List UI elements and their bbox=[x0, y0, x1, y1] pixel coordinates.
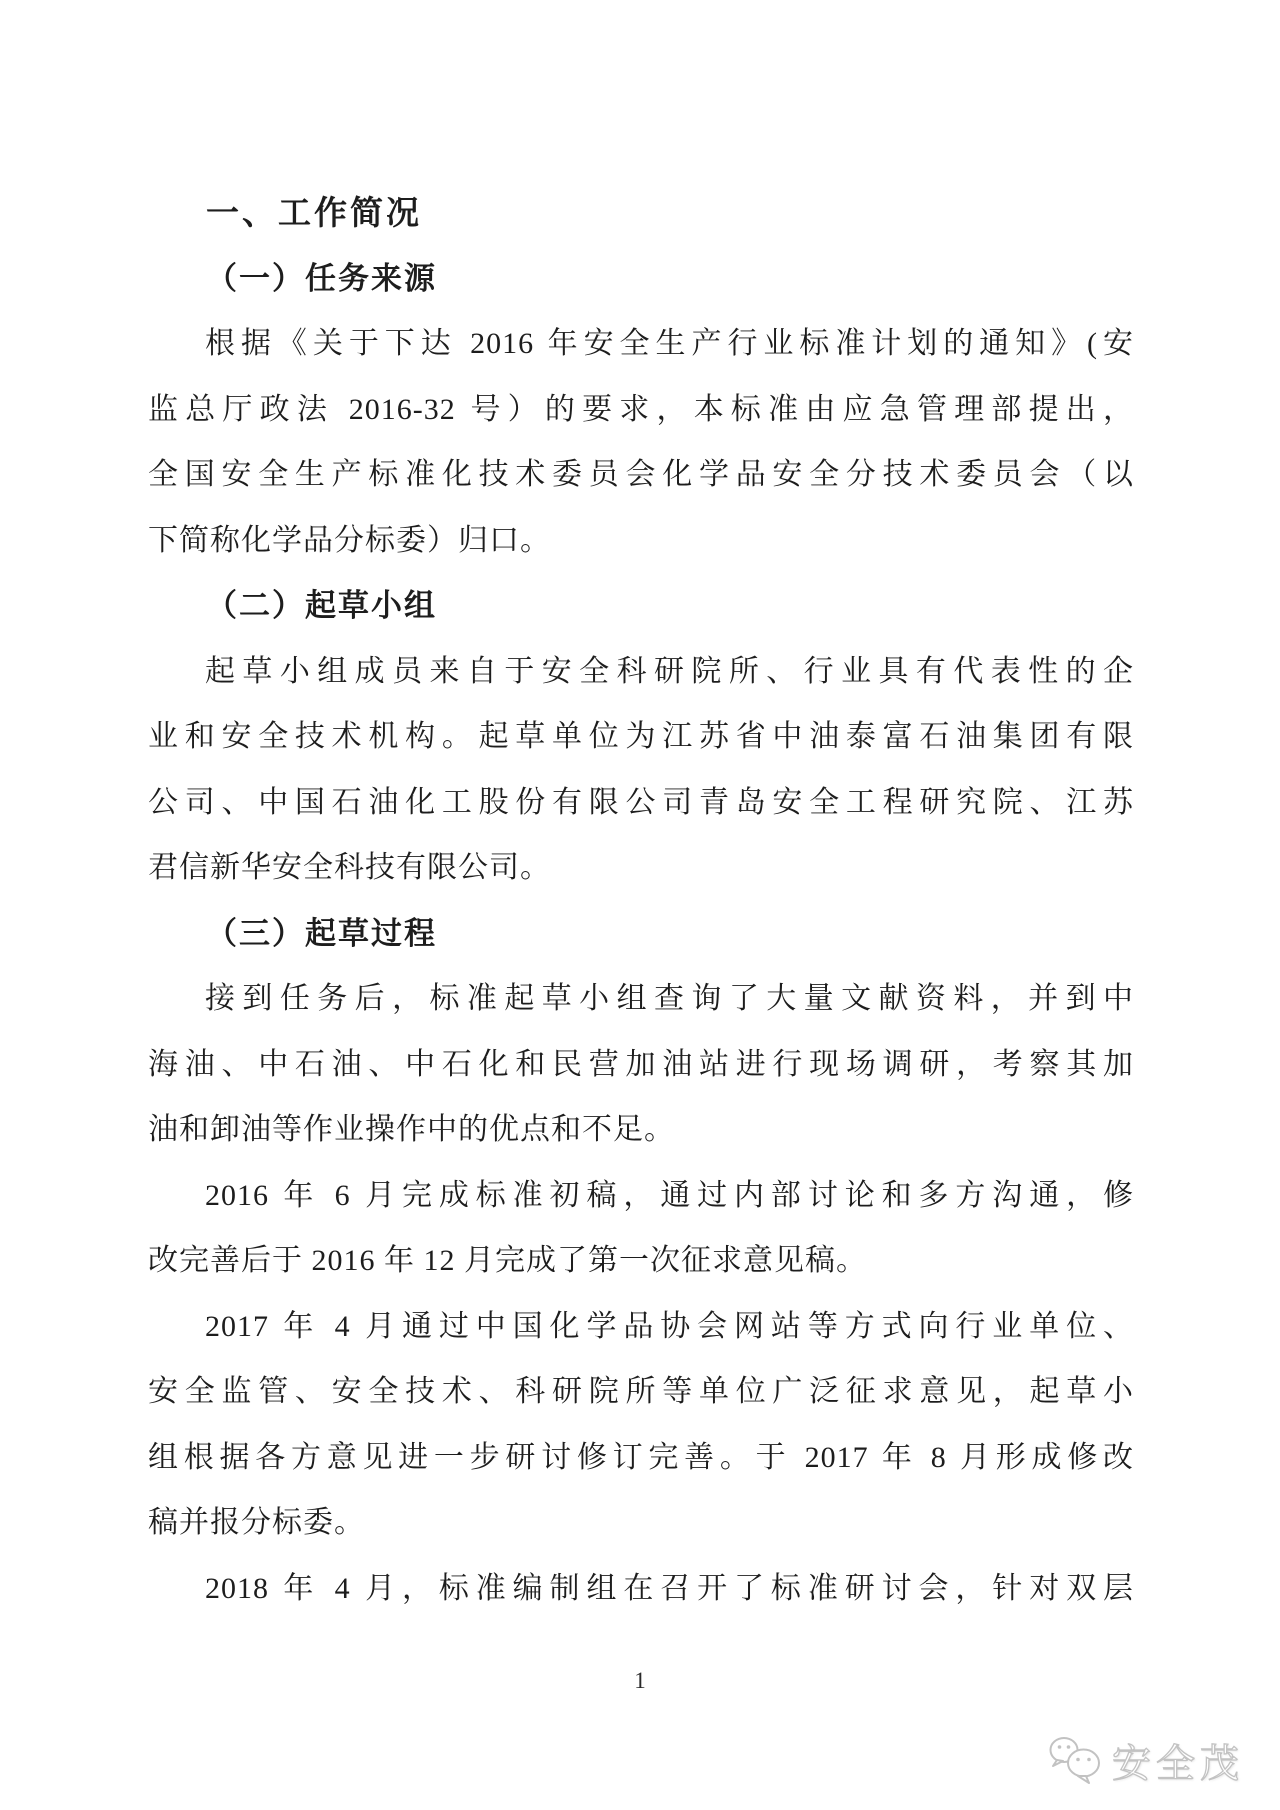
subsection-heading: （三）起草过程 bbox=[148, 901, 1134, 967]
document-page: 一、工作简况 （一）任务来源 根据《关于下达 2016 年安全生产行业标准计划的… bbox=[0, 0, 1280, 1810]
paragraph-line: 海油、中石油、中石化和民营加油站进行现场调研，考察其加 bbox=[148, 1032, 1134, 1098]
paragraph-line: 油和卸油等作业操作中的优点和不足。 bbox=[148, 1097, 1134, 1163]
paragraph-line: 监总厅政法 2016-32 号）的要求，本标准由应急管理部提出， bbox=[148, 377, 1134, 443]
section-heading: 一、工作简况 bbox=[148, 180, 1134, 246]
paragraph-line: 接到任务后，标准起草小组查询了大量文献资料，并到中 bbox=[148, 966, 1134, 1032]
watermark-label: 安全茂 bbox=[1112, 1733, 1244, 1789]
paragraph-line: 2017 年 4 月通过中国化学品协会网站等方式向行业单位、 bbox=[148, 1294, 1134, 1360]
paragraph-line: 业和安全技术机构。起草单位为江苏省中油泰富石油集团有限 bbox=[148, 704, 1134, 770]
paragraph-line: 君信新华安全科技有限公司。 bbox=[148, 835, 1134, 901]
subsection-heading: （二）起草小组 bbox=[148, 573, 1134, 639]
wechat-icon bbox=[1047, 1735, 1103, 1787]
paragraph-line: 根据《关于下达 2016 年安全生产行业标准计划的通知》(安 bbox=[148, 311, 1134, 377]
paragraph-line: 全国安全生产标准化技术委员会化学品安全分技术委员会（以 bbox=[148, 442, 1134, 508]
paragraph-line: 稿并报分标委。 bbox=[148, 1490, 1134, 1556]
paragraph-line: 起草小组成员来自于安全科研院所、行业具有代表性的企 bbox=[148, 639, 1134, 705]
paragraph-line: 2018 年 4 月，标准编制组在召开了标准研讨会，针对双层 bbox=[148, 1556, 1134, 1622]
paragraph-line: 下简称化学品分标委）归口。 bbox=[148, 508, 1134, 574]
watermark: 安全茂 bbox=[1047, 1733, 1244, 1789]
paragraph-line: 2016 年 6 月完成标准初稿，通过内部讨论和多方沟通，修 bbox=[148, 1163, 1134, 1229]
paragraph-line: 公司、中国石油化工股份有限公司青岛安全工程研究院、江苏 bbox=[148, 770, 1134, 836]
paragraph-line: 安全监管、安全技术、科研院所等单位广泛征求意见，起草小 bbox=[148, 1359, 1134, 1425]
page-number: 1 bbox=[0, 1668, 1280, 1694]
subsection-heading: （一）任务来源 bbox=[148, 246, 1134, 312]
paragraph-line: 改完善后于 2016 年 12 月完成了第一次征求意见稿。 bbox=[148, 1228, 1134, 1294]
document-body: 一、工作简况 （一）任务来源 根据《关于下达 2016 年安全生产行业标准计划的… bbox=[148, 180, 1134, 1621]
paragraph-line: 组根据各方意见进一步研讨修订完善。于 2017 年 8 月形成修改 bbox=[148, 1425, 1134, 1491]
